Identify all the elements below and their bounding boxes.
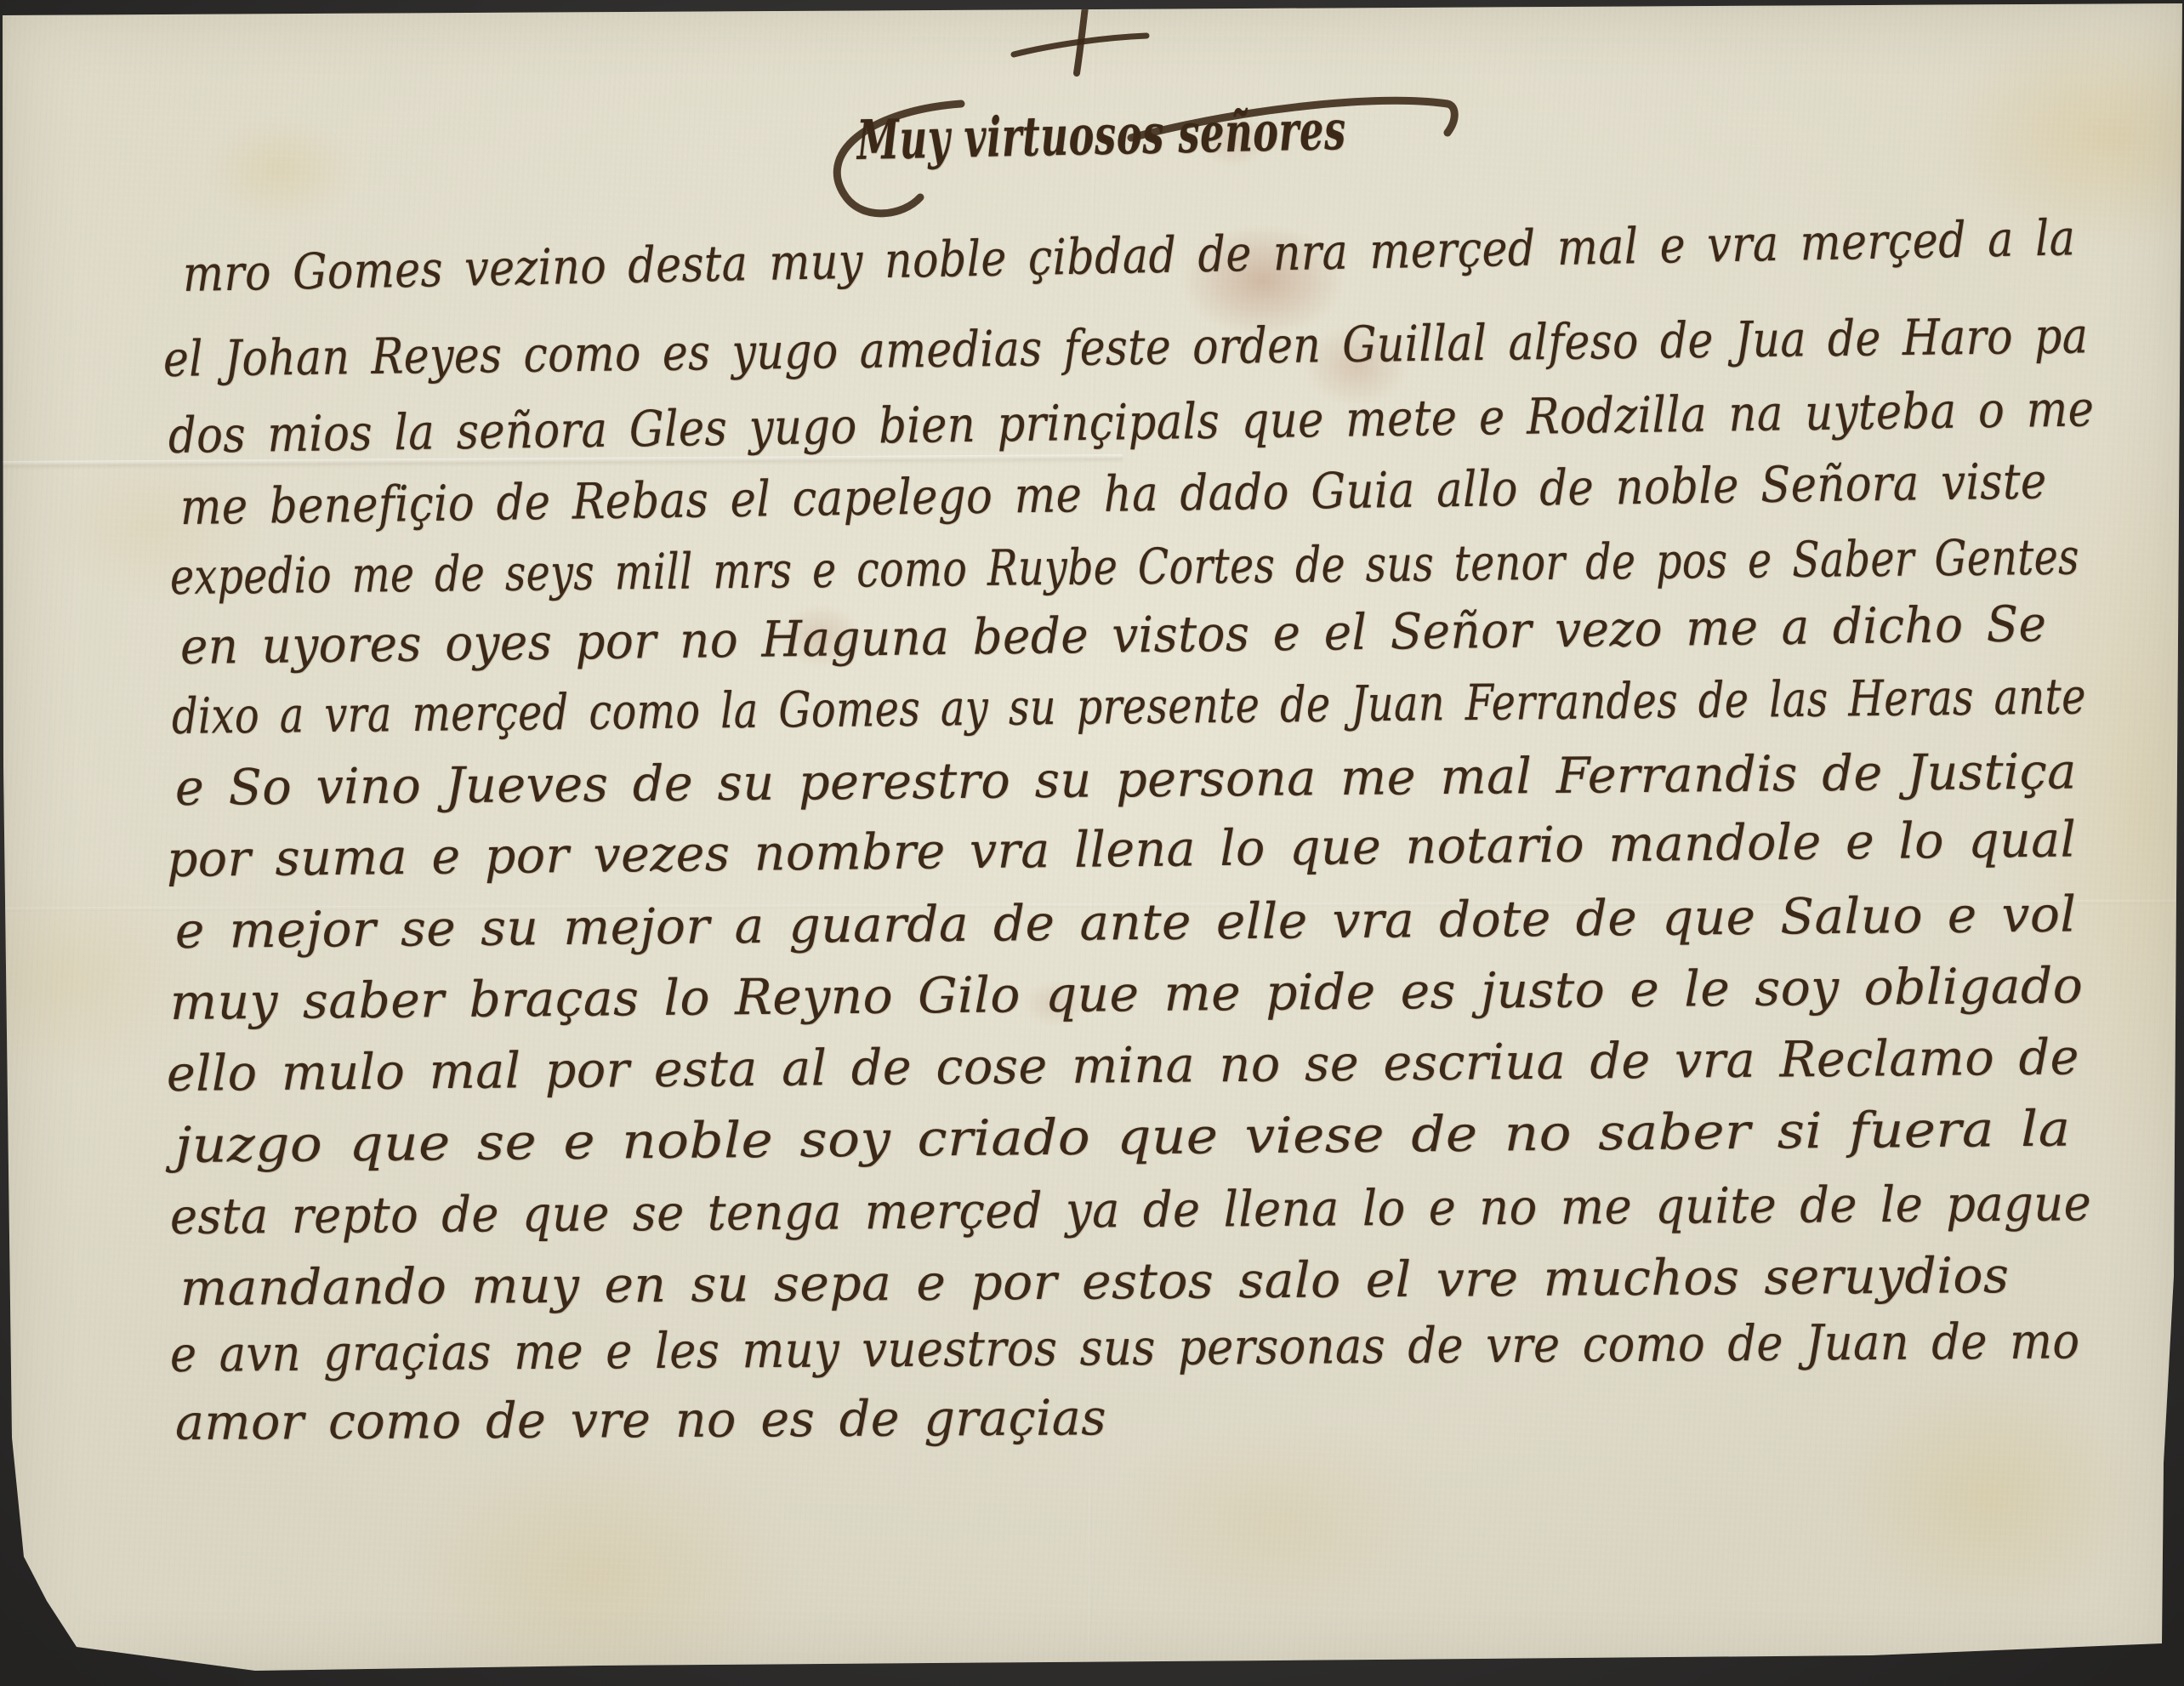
horizontal-fold-crease [0,900,2184,912]
horizontal-fold-crease [0,454,1123,466]
manuscript-line: el Johan Reyes como es yugo amedias fest… [163,310,2090,388]
manuscript-line: dos mios la señora Gles yugo bien prinçi… [168,383,2096,464]
manuscript-line: expedio me de seys mill mrs e como Ruybe… [170,531,2080,606]
heading-text: Muy virtuosos señores [856,99,1347,173]
manuscript-line: me benefiçio de Rebas el capelego me ha … [180,455,2048,536]
manuscript-line: muy saber braças lo Reyno Gilo que me pi… [170,960,2084,1031]
manuscript-line: mandando muy en su sepa e por estos salo… [180,1250,2009,1317]
paper-sheet: Muy virtuosos señores mro Gomes vezino d… [0,0,2184,1686]
manuscript-line: e avn graçias me e les muy vuestros sus … [170,1315,2079,1383]
heading-flourish [799,85,1497,247]
manuscript-line: ello mulo mal por esta al de cose mina n… [167,1031,2080,1102]
manuscript-line: esta repto de que se tenga merçed ya de … [170,1177,2092,1245]
paper-grain-texture [0,0,2184,1686]
manuscript-line: mro Gomes vezino desta muy noble çibdad … [182,212,2075,303]
cross-mark-icon [1004,2,1157,83]
document-heading: Muy virtuosos señores [856,99,1347,202]
manuscript-line: juzgo que se e noble soy criado que vies… [175,1103,2072,1174]
manuscript-line: en uyores oyes por no Haguna bede vistos… [180,598,2048,675]
manuscript-line: e mejor se su mejor a guarda de ante ell… [175,888,2076,960]
manuscript-line: e So vino Jueves de su perestro su perso… [175,745,2076,817]
manuscript-line: amor como de vre no es de graçias [175,1392,1106,1451]
vertical-fold-crease [1088,0,1095,1686]
scanned-manuscript-page: { "document": { "cross_mark": "+", "head… [0,0,2184,1686]
manuscript-line: por suma e por vezes nombre vra llena lo… [167,813,2077,888]
manuscript-line: dixo a vra merçed como la Gomes ay su pr… [172,670,2086,745]
